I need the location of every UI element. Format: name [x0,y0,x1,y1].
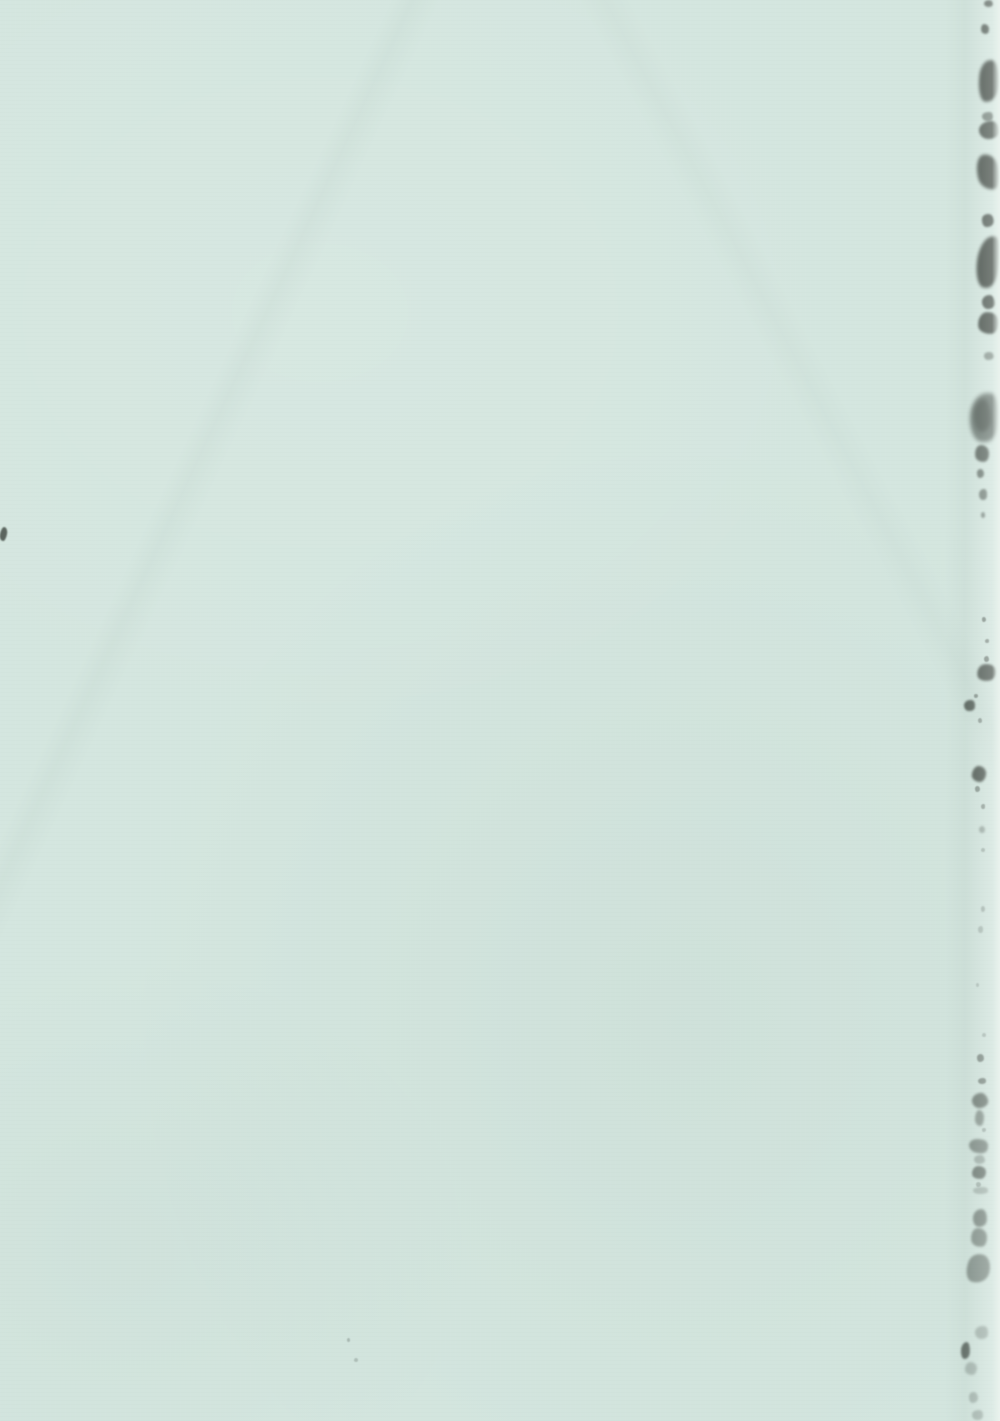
ink-smudge [978,120,1000,140]
ink-smudge [982,617,986,622]
ink-smudge [0,526,8,541]
ink-smudge [971,765,987,782]
ink-smudge [980,23,990,34]
ink-smudge [977,1054,984,1062]
ink-smudge [981,512,985,518]
ink-smudge [968,1137,989,1155]
ink-smudge [978,1078,986,1084]
ink-smudge [978,59,1000,102]
ink-smudge [965,1362,977,1375]
ink-smudge [975,662,997,683]
ink-smudge [979,826,985,833]
ink-smudge [978,718,982,723]
ink-smudge [974,399,991,432]
ink-smudge [974,694,978,698]
ink-smudge [982,214,994,227]
scanned-blank-page [0,0,1000,1421]
ink-smudge [985,639,989,643]
ink-smudge [972,1410,983,1420]
ink-smudge [969,1392,978,1403]
ink-smudge [975,1110,984,1126]
ink-smudge [960,1342,970,1360]
ink-smudge [975,1326,988,1339]
ink-smudge [970,1227,988,1248]
ink-smudge [982,295,995,309]
ink-smudge [977,311,1000,335]
ink-smudge [979,489,987,500]
ink-smudge [974,444,990,463]
ink-smudge [981,804,985,809]
ink-smudge [974,1155,985,1164]
ink-smudge [973,235,1000,290]
ink-smudge [964,1252,994,1286]
ink-smudge [984,352,994,360]
ink-smudge [973,1187,988,1194]
ink-smudge [347,1338,350,1342]
ink-smudge [976,983,979,987]
ink-smudge [964,700,975,711]
ink-smudge [973,152,1000,192]
ink-smudge [978,926,983,933]
ink-smudge [982,1128,986,1132]
ink-smudge [354,1358,358,1362]
ink-smudge-layer [0,0,1000,1421]
ink-smudge [984,0,993,7]
ink-smudge [972,1208,988,1228]
ink-smudge [971,1092,989,1110]
ink-smudge [971,1165,986,1179]
ink-smudge [975,786,980,792]
ink-smudge [982,112,993,121]
ink-smudge [982,1033,986,1037]
ink-smudge [981,906,985,912]
ink-smudge [981,848,985,852]
ink-smudge [984,656,989,662]
ink-smudge [977,469,984,478]
